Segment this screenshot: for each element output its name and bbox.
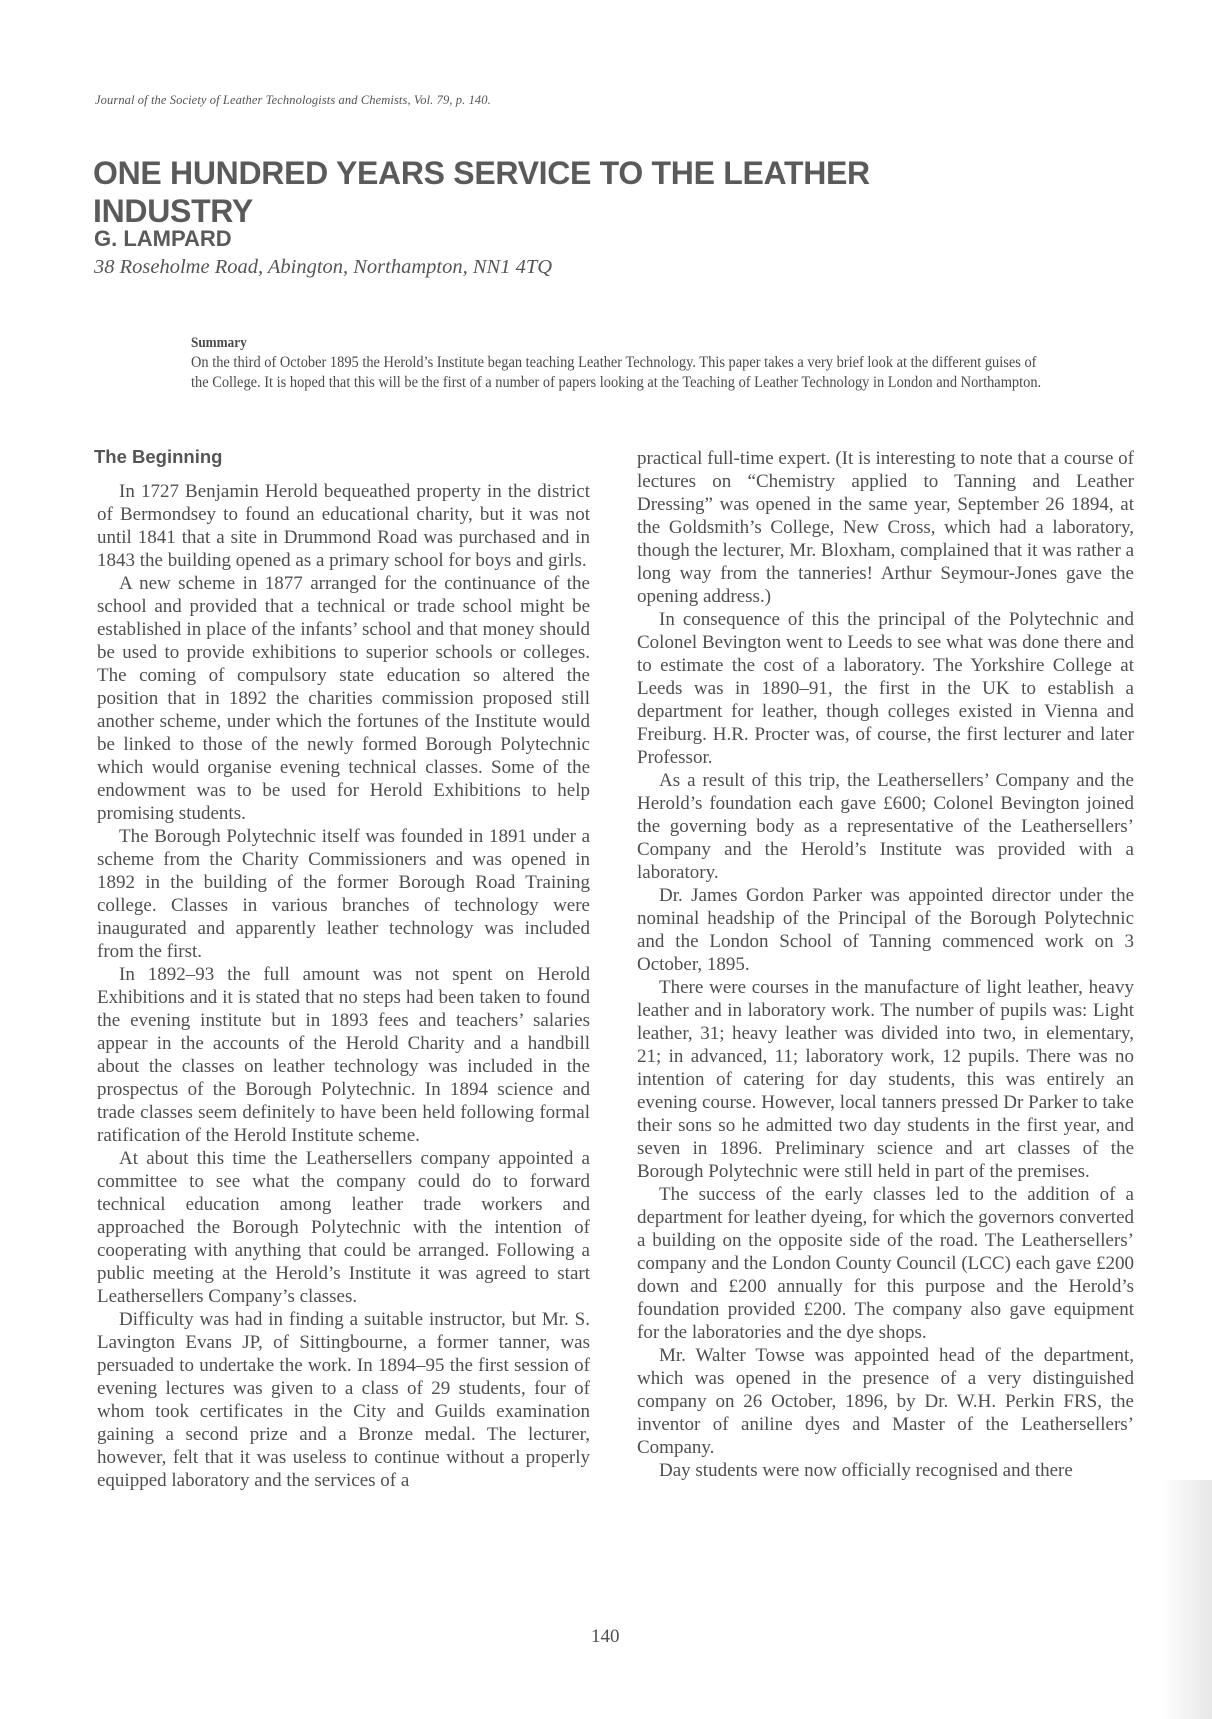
journal-reference: Journal of the Society of Leather Techno… [95,93,491,108]
paragraph: In 1727 Benjamin Herold bequeathed prope… [97,480,590,572]
summary-heading: Summary [191,334,939,353]
paragraph-continued: practical full-time expert. (It is inter… [637,447,1134,608]
page-number: 140 [591,1626,620,1648]
article-title: ONE HUNDRED YEARS SERVICE TO THE LEATHER… [93,154,993,230]
journal-page: Journal of the Society of Leather Techno… [0,0,1212,1719]
paragraph: Day students were now officially recogni… [637,1459,1134,1482]
paragraph: There were courses in the manufacture of… [637,976,1134,1183]
paragraph: Difficulty was had in finding a suitable… [97,1308,590,1492]
paragraph: A new scheme in 1877 arranged for the co… [97,572,590,825]
summary-block: Summary On the third of October 1895 the… [191,334,1041,393]
author-address: 38 Roseholme Road, Abington, Northampton… [94,256,552,279]
paragraph: The Borough Polytechnic itself was found… [97,825,590,963]
author-name: G. LAMPARD [94,226,232,252]
paragraph: In consequence of this the principal of … [637,608,1134,769]
scan-edge-shadow [1162,1480,1212,1719]
paragraph: In 1892–93 the full amount was not spent… [97,963,590,1147]
paragraph: Mr. Walter Towse was appointed head of t… [637,1344,1134,1459]
paragraph: As a result of this trip, the Leathersel… [637,769,1134,884]
paragraph: The success of the early classes led to … [637,1183,1134,1344]
paragraph: Dr. James Gordon Parker was appointed di… [637,884,1134,976]
paragraph: At about this time the Leathersellers co… [97,1147,590,1308]
left-column: The Beginning In 1727 Benjamin Herold be… [97,446,590,1492]
summary-text: On the third of October 1895 the Herold’… [191,353,1042,393]
right-column: practical full-time expert. (It is inter… [637,447,1134,1482]
section-heading: The Beginning [94,446,590,468]
